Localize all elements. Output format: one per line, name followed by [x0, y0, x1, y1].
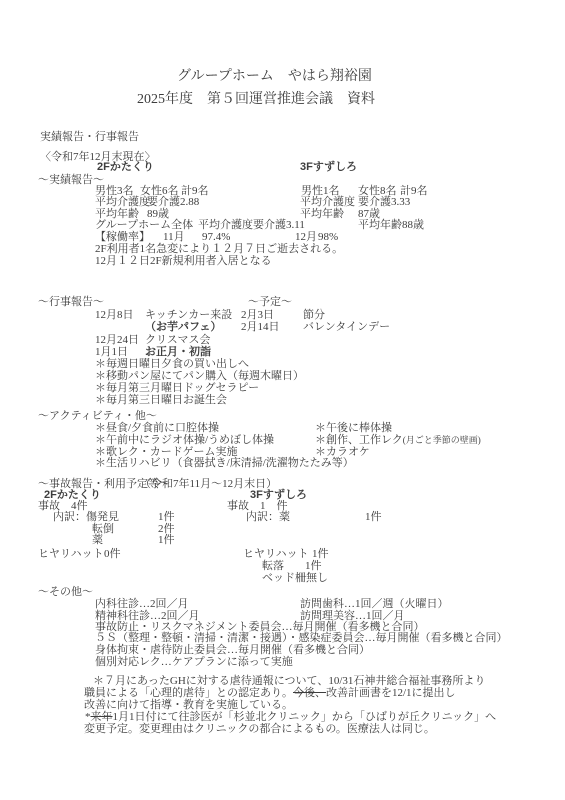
text-line: （お芋パフェ）2月14日バレンタインデー — [0, 321, 565, 334]
text-run: 3Fすずしろ — [300, 161, 357, 173]
text-run: 個別対応レク…ケアプランに添って実施 — [95, 656, 293, 668]
text-run: 節分 — [303, 309, 325, 321]
text-run: ＊７月にあったGHに対する虐待通報について、10/31石神井総合福祉事務所より — [93, 675, 485, 687]
text-run: お正月・初詣 — [145, 346, 211, 358]
text-line: 変更予定。変更理由はクリニックの都合によるもの。医療法人は同じ。 — [0, 723, 565, 736]
text-run: 内訳：薬 — [246, 511, 290, 523]
text-line: ベッド柵無し — [0, 572, 565, 585]
text-run: 97.4% — [202, 231, 230, 243]
text-run: ヒヤリハット — [38, 548, 104, 560]
section-gyoji: ～行事報告～ — [38, 296, 104, 309]
text-run: ＊創作、工作レク — [315, 434, 403, 446]
text-run: ＊毎月第三日曜日お誕生会 — [95, 394, 227, 406]
text-chunk: ＊生活リハビリ（食器拭き/床清掃/洗濯物たたみ等） — [95, 457, 354, 470]
text-chunk: 薬 — [92, 534, 103, 547]
text-run: 2月3日 — [241, 309, 274, 321]
text-run: 内科往診…2回／月 — [95, 598, 189, 610]
text-run: ～行事報告～ — [38, 296, 104, 308]
text-chunk: 1件 — [158, 534, 175, 547]
text-run: ～アクティビティ・他～ — [38, 410, 157, 422]
text-run: 1月1日付にて往診医が「杉並北クリニック」から「ひばりが丘クリニック」へ — [113, 711, 497, 723]
text-run: 内訳：傷発見 — [53, 511, 119, 523]
text-run: ヒヤリハット — [243, 548, 309, 560]
text-run: 12月 — [295, 231, 317, 243]
doc-title-line1: グループホーム やはら翔裕園 — [177, 70, 372, 84]
text-run: 11月 — [163, 231, 185, 243]
text-run: 1件 — [158, 511, 175, 523]
text-line: 12月１２日2F新規利用者入居となる — [0, 255, 565, 268]
document-page: グループホーム やはら翔裕園2025年度 第５回運営推進会議 資料実績報告・行事… — [0, 0, 565, 800]
unit-3f-label: 3Fすずしろ — [300, 161, 357, 174]
text-run: 改善計画書を12/1に提出し — [326, 687, 456, 699]
text-run: キッチンカー来設 — [145, 309, 232, 321]
text-run: グループホーム全体 — [95, 219, 193, 231]
text-run: 2月14日 — [241, 321, 280, 333]
text-run: （お芋パフェ） — [145, 321, 221, 333]
text-run: ＊午前中にラジオ体操/うめぼし体操 — [95, 434, 274, 446]
text-run: 1件 — [158, 534, 175, 546]
text-run: 2F利用者1名急変により１２月７日ご逝去される。 — [95, 243, 343, 255]
text-run: ＊生活リハビリ（食器拭き/床清掃/洗濯物たたみ等） — [95, 457, 354, 469]
text-run: 1件 — [312, 548, 329, 560]
text-run: クリスマス会 — [145, 334, 211, 346]
text-line: 個別対応レク…ケアプランに添って実施 — [0, 656, 565, 669]
text-run: 職員による「心理的虐待」との認定あり。 — [84, 687, 293, 699]
text-run: 2Fかたくり — [97, 161, 154, 173]
text-run: ～予定～ — [248, 296, 292, 308]
text-line: ＊生活リハビリ（食器拭き/床清掃/洗濯物たたみ等） — [0, 457, 565, 470]
text-chunk: 変更予定。変更理由はクリニックの都合によるもの。医療法人は同じ。 — [84, 723, 435, 736]
text-run: 12月24日 — [95, 334, 139, 346]
section-yotei: ～予定～ — [248, 296, 292, 309]
text-run: 来年 — [91, 711, 113, 723]
text-line: グループホーム やはら翔裕園 — [0, 70, 565, 83]
text-run: ～その他～ — [38, 586, 93, 598]
text-run: 1件 — [305, 560, 322, 572]
text-run: ＊毎月第三月曜日ドッグセラピー — [95, 382, 259, 394]
text-line: 2025年度 第５回運営推進会議 資料 — [0, 93, 565, 106]
text-run: 変更予定。変更理由はクリニックの都合によるもの。医療法人は同じ。 — [84, 723, 435, 735]
text-line: 薬1件 — [0, 534, 565, 547]
text-run: (月ごと季節の壁画) — [403, 435, 481, 445]
text-run: ５Ｓ（整理・整頓・清掃・清潔・接遇）・感染症委員会…毎月開催（看多機と合同） — [95, 632, 508, 644]
text-chunk: ベッド柵無し — [262, 572, 328, 585]
doc-title-line2: 2025年度 第５回運営推進会議 資料 — [137, 93, 375, 107]
text-run: 1件 — [365, 511, 382, 523]
text-run: 身体拘束・虐待防止委員会…毎月開催（看多機と合同） — [95, 644, 370, 656]
text-run: 転落 — [262, 560, 284, 572]
text-run: 0件 — [104, 548, 121, 560]
text-run: 12月１２日2F新規利用者入居となる — [95, 255, 272, 267]
text-run: 2025年度 第５回運営推進会議 資料 — [137, 92, 375, 107]
text-chunk: （お芋パフェ） — [145, 321, 221, 334]
text-run: 今後、 — [293, 687, 326, 699]
text-run: 実績報告・行事報告 — [40, 131, 139, 143]
text-run: 平均介護度要介護3.11 — [198, 219, 305, 231]
text-line: ＊毎月第三日曜日お誕生会 — [0, 394, 565, 407]
text-line: ～行事報告～～予定～ — [0, 296, 565, 309]
text-run: 12月8日 — [95, 309, 134, 321]
doc-subtitle: 実績報告・行事報告 — [40, 131, 139, 144]
unit-2f-label: 2Fかたくり — [97, 161, 154, 174]
text-line: 2Fかたくり3Fすずしろ — [0, 161, 565, 174]
text-run: 平均介護度 — [95, 196, 150, 208]
text-run: 平均介護度 — [300, 196, 355, 208]
text-run: ＊毎週日曜日夕食の買い出しへ — [95, 358, 249, 370]
text-run: ＊午後に棒体操 — [315, 422, 392, 434]
text-run: ＊移動パン屋にてパン購入（毎週木曜日） — [95, 370, 304, 382]
text-run: 改善に向けて指導・教育を実施している。 — [84, 699, 293, 711]
text-run: ベッド柵無し — [262, 572, 328, 584]
text-run: グループホーム やはら翔裕園 — [177, 69, 372, 84]
text-run: 要介護2.88 — [147, 196, 199, 208]
text-run: 98% — [318, 231, 338, 243]
text-run: 平均年齢88歳 — [358, 219, 424, 231]
text-run: 1月1日 — [95, 346, 128, 358]
text-run: バレンタインデー — [303, 321, 390, 333]
text-run: 薬 — [92, 534, 103, 546]
text-chunk: ＊毎月第三日曜日お誕生会 — [95, 394, 227, 407]
text-run: 要介護3.33 — [358, 196, 410, 208]
text-run: 【稼働率】 — [95, 231, 150, 243]
text-chunk: 個別対応レク…ケアプランに添って実施 — [95, 656, 293, 669]
text-run: 訪問歯科…1回／週（火曜日） — [300, 598, 449, 610]
text-chunk: バレンタインデー — [303, 321, 390, 334]
text-chunk: 12月１２日2F新規利用者入居となる — [95, 255, 272, 268]
text-run: ＊昼食/夕食前に口腔体操 — [95, 422, 219, 434]
text-line: 実績報告・行事報告 — [0, 131, 565, 144]
text-chunk: 2月14日 — [241, 321, 280, 334]
